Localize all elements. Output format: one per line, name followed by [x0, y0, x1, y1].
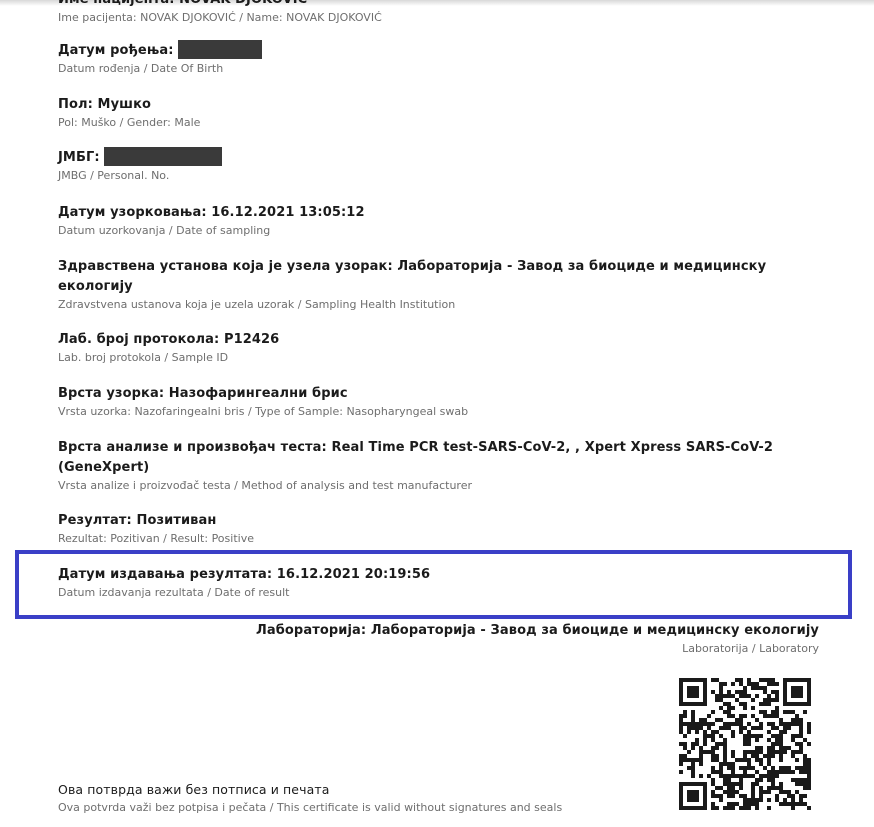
laboratory-label: Лабораторија: Лабораторија - Завод за би… [256, 621, 819, 641]
field-date-of-birth: Датум рођења: Datum rođenja / Date Of Bi… [58, 41, 262, 76]
dob-sub: Datum rođenja / Date Of Birth [58, 62, 262, 76]
validity-note-label: Ова потврда важи без потписа и печата [58, 780, 562, 800]
qr-code-icon [679, 678, 811, 810]
analysis-method-label-cont: (GeneXpert) [58, 458, 773, 478]
validity-note: Ова потврда важи без потписа и печата Ov… [58, 780, 562, 815]
field-sampling-institution: Здравствена установа која је узела узора… [58, 257, 766, 312]
result-date-label: Датум издавања резултата: 16.12.2021 20:… [58, 565, 430, 585]
sample-id-label: Лаб. број протокола: P12426 [58, 330, 279, 350]
patient-name-sub: Ime pacijenta: NOVAK DJOKOVIĆ / Name: NO… [58, 11, 382, 25]
field-sample-id: Лаб. број протокола: P12426 Lab. broj pr… [58, 330, 279, 365]
jmbg-redaction [104, 147, 222, 166]
field-sample-type: Врста узорка: Назофарингеални брис Vrsta… [58, 384, 468, 419]
sampling-date-label: Датум узорковања: 16.12.2021 13:05:12 [58, 203, 365, 223]
field-sampling-date: Датум узорковања: 16.12.2021 13:05:12 Da… [58, 203, 365, 238]
field-result: Резултат: Позитиван Rezultat: Pozitivan … [58, 511, 254, 546]
result-sub: Rezultat: Pozitivan / Result: Positive [58, 532, 254, 546]
sampling-institution-sub: Zdravstvena ustanova koja je uzela uzora… [58, 298, 766, 312]
sample-type-label: Врста узорка: Назофарингеални брис [58, 384, 468, 404]
patient-name-label: Име пацијента: NOVAK DJOKOVIĆ [58, 0, 382, 10]
jmbg-sub: JMBG / Personal. No. [58, 169, 222, 183]
sampling-institution-label-cont: екологију [58, 277, 766, 297]
result-label: Резултат: Позитиван [58, 511, 254, 531]
gender-sub: Pol: Muško / Gender: Male [58, 116, 200, 130]
analysis-method-sub: Vrsta analize i proizvođač testa / Metho… [58, 479, 773, 493]
field-result-date: Датум издавања резултата: 16.12.2021 20:… [58, 565, 430, 600]
sampling-date-sub: Datum uzorkovanja / Date of sampling [58, 224, 365, 238]
dob-redaction [178, 40, 262, 59]
field-patient-name: Име пацијента: NOVAK DJOKOVIĆ Ime pacije… [58, 0, 382, 25]
field-analysis-method: Врста анализе и произвођач теста: Real T… [58, 438, 773, 493]
sample-id-sub: Lab. broj protokola / Sample ID [58, 351, 279, 365]
field-jmbg: ЈМБГ: JMBG / Personal. No. [58, 148, 222, 183]
sample-type-sub: Vrsta uzorka: Nazofaringealni bris / Typ… [58, 405, 468, 419]
validity-note-sub: Ova potvrda važi bez potpisa i pečata / … [58, 801, 562, 815]
laboratory-block: Лабораторија: Лабораторија - Завод за би… [256, 621, 819, 656]
gender-label: Пол: Мушко [58, 95, 200, 115]
result-date-sub: Datum izdavanja rezultata / Date of resu… [58, 586, 430, 600]
jmbg-label: ЈМБГ: [58, 150, 100, 165]
laboratory-sub: Laboratorija / Laboratory [256, 642, 819, 656]
sampling-institution-label: Здравствена установа која је узела узора… [58, 257, 766, 277]
field-gender: Пол: Мушко Pol: Muško / Gender: Male [58, 95, 200, 130]
dob-label: Датум рођења: [58, 43, 174, 58]
analysis-method-label: Врста анализе и произвођач теста: Real T… [58, 438, 773, 458]
